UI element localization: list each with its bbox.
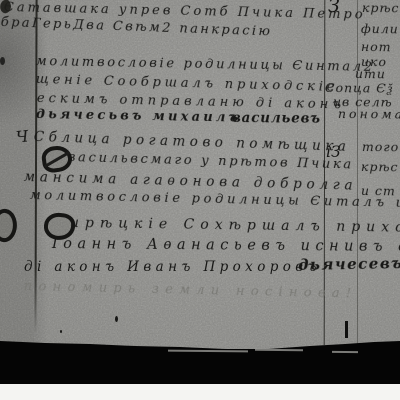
margin-line-1: крѣс <box>362 2 400 15</box>
handwritten-line-12: Іоаннъ Аѳанасьевъ иснивъ о <box>52 237 400 255</box>
margin-line-3: нот <box>361 41 392 54</box>
ink-speck <box>115 316 118 322</box>
top-column-flourish: З <box>328 0 340 16</box>
scanner-bed-strip <box>0 384 400 400</box>
margin-line-9: того <box>362 141 399 154</box>
handwritten-line-8: васильвсмаго у прѣтов Пчика <box>68 151 354 171</box>
manuscript-scan-page: Єатавшака упрев Сотб Пчика Петро браГерь… <box>0 0 400 400</box>
handwritten-line-13b: дьячесевъ <box>298 256 400 273</box>
left-margin-numeral: Ч <box>15 128 29 145</box>
ink-speck <box>0 57 5 65</box>
handwritten-line-6b: васильевъ <box>232 112 321 126</box>
paper-edge-highlight <box>332 351 358 353</box>
column-rule-tick <box>345 321 348 338</box>
ink-blot-edge <box>0 207 20 244</box>
handwritten-line-4: щеніе Сообршалъ приходскіе <box>36 73 339 94</box>
handwritten-line-11: ирѣцкіе Сохѣршалъ приход <box>70 216 400 235</box>
ink-speck <box>60 330 62 333</box>
handwritten-line-6: дьячесьвъ михаилъ <box>36 108 242 125</box>
margin-line-5: ити <box>355 68 386 81</box>
handwritten-line-13: ді аконъ Иванъ Прохоровъ <box>24 261 321 275</box>
margin-line-8: пономар <box>338 108 400 121</box>
margin-line-11: и ст <box>361 185 396 198</box>
handwritten-line-14-faded: пономирь земли носінова! <box>24 280 358 301</box>
margin-line-2: фили <box>361 23 399 36</box>
entry-number-numeral: іЗ <box>326 145 341 161</box>
margin-line-10: крѣс <box>361 161 399 174</box>
